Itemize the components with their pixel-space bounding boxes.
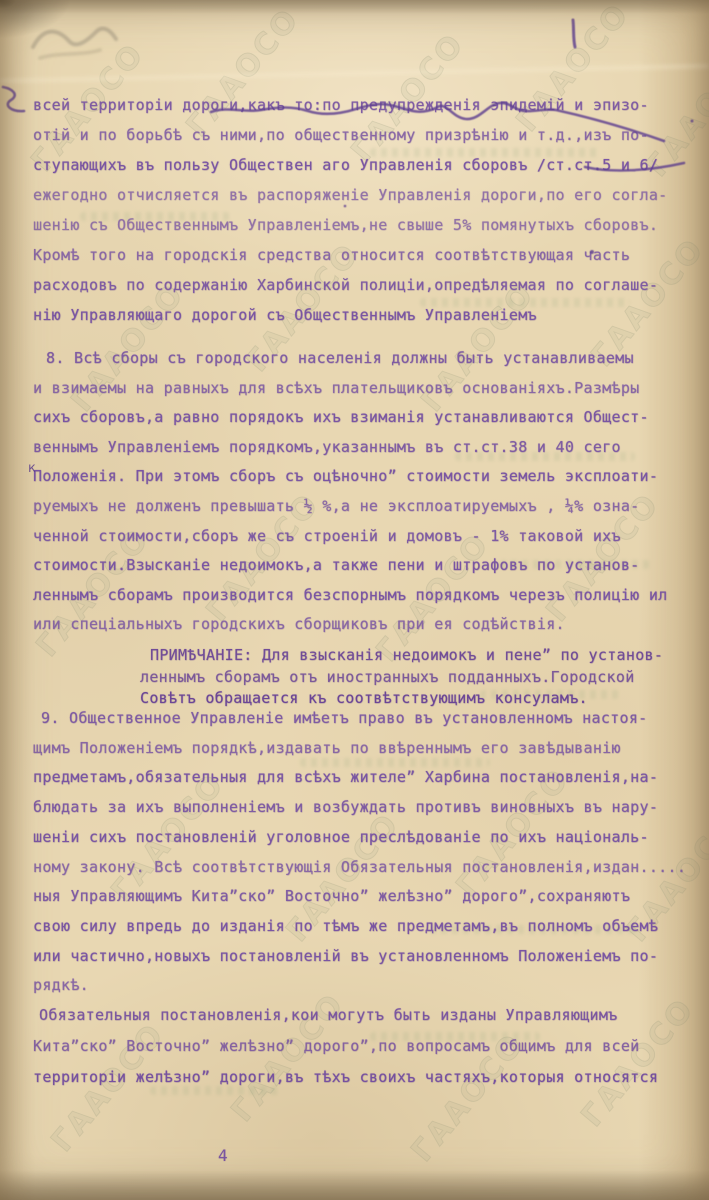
text-line: Обязательныя постановленія,кои могутъ бы… xyxy=(33,1000,701,1031)
page-edge-top xyxy=(0,0,709,14)
note-block: ПРИМѢЧАНІЕ: Для взысканія недоимокъ и пе… xyxy=(140,645,709,710)
text-line: расходовъ по содержанію Харбинской полиц… xyxy=(33,270,701,300)
margin-squiggle xyxy=(3,87,24,111)
checkmark-tick xyxy=(573,20,575,47)
text-line: шенію съ Общественнымъ Управленіемъ,не с… xyxy=(33,210,701,240)
page-edge-bottom xyxy=(0,1170,709,1200)
text-line: сихъ сборовъ,а равно порядокъ ихъ взиман… xyxy=(33,403,701,433)
text-line: руемыхъ не долженъ превышать ½ %,а не эк… xyxy=(33,492,701,522)
text-line: ежегодно отчисляется въ распоряженіе Упр… xyxy=(33,180,701,210)
text-line: ПРИМѢЧАНІЕ: Для взысканія недоимокъ и пе… xyxy=(140,645,709,667)
text-line: Положенія. При этомъ сборъ съ оцѣночно” … xyxy=(33,462,701,492)
text-line: или спеціальныхъ городскихъ сборщиковъ п… xyxy=(33,610,701,640)
text-line: ному закону. Всѣ соотвѣтствующія Обязате… xyxy=(33,853,701,883)
text-line: рядкѣ. xyxy=(33,971,701,1001)
text-line: леннымъ сборамъ производится безспорнымъ… xyxy=(33,581,701,611)
text-line: и взимаемы на равныхъ для всѣхъ плательщ… xyxy=(33,374,701,404)
text-line: веннымъ Управленіемъ порядкомъ,указанным… xyxy=(33,433,701,463)
text-line: Кромѣ того на городскія средства относит… xyxy=(33,240,701,270)
text-line: Кита”ско” Восточно” желѣзно” дорого”,по … xyxy=(33,1031,701,1062)
text-line: ныя Управляющимъ Кита”ско” Восточно” жел… xyxy=(33,882,701,912)
text-line: предметамъ,обязательныя для всѣхъ жителе… xyxy=(33,763,701,793)
text-line: свою силу впредь до изданія по тѣмъ же п… xyxy=(33,912,701,942)
text-line: 8. Всѣ сборы съ городского населенія дол… xyxy=(33,344,701,374)
text-line: всей территоріи дороги,какъ то:по предуп… xyxy=(33,90,701,120)
text-line: ступающихъ въ пользу Обществен аго Управ… xyxy=(33,150,701,180)
text-line: леннымъ сборамъ отъ иностранныхъ подданн… xyxy=(140,667,709,689)
text-line: щимъ Положеніемъ порядкѣ,издавать по ввѣ… xyxy=(33,734,701,764)
pencil-scribble xyxy=(33,29,116,47)
paragraph-final: Обязательныя постановленія,кои могутъ бы… xyxy=(33,1000,701,1093)
document-page: ГААОСО ГААОСО ГААОСО ГААОСО ГААОСО ГААОС… xyxy=(0,0,709,1200)
paragraph-9: 9. Общественное Управленіе имѣетъ право … xyxy=(33,704,701,1001)
text-line: нію Управляющаго дорогой съ Общественным… xyxy=(33,300,701,330)
text-line: отій и по борьбѣ съ ними,по общественном… xyxy=(33,120,701,150)
paragraph-intro: всей территоріи дороги,какъ то:по предуп… xyxy=(33,90,701,330)
text-line: блюдать за ихъ выполненіемъ и возбуждать… xyxy=(33,793,701,823)
paper-crease xyxy=(0,65,709,83)
text-line: или частично,новыхъ постановленій въ уст… xyxy=(33,942,701,972)
text-line: стоимости.Взысканіе недоимокъ,а также пе… xyxy=(33,551,701,581)
page-number: 4 xyxy=(218,1146,228,1165)
text-line: территоріи желѣзно” дороги,въ тѣхъ своих… xyxy=(33,1062,701,1093)
page-corner-shadow xyxy=(0,0,80,44)
pencil-scribble xyxy=(40,50,100,58)
text-line: ченной стоимости,сборъ же съ строеній и … xyxy=(33,522,701,552)
text-line: 9. Общественное Управленіе имѣетъ право … xyxy=(33,704,701,734)
text-line: шеніи сихъ постановленій уголовное пресл… xyxy=(33,823,701,853)
paragraph-8: 8. Всѣ сборы съ городского населенія дол… xyxy=(33,344,701,640)
